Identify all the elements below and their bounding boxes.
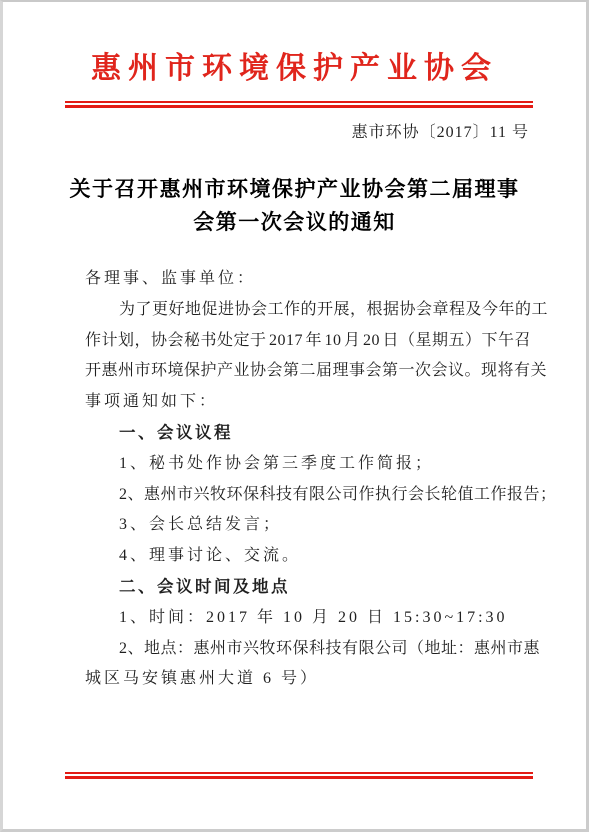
footer-double-rule (65, 772, 533, 779)
meeting-location-line: 2、地点：惠州市兴牧环保科技有限公司（地址：惠州市惠 (85, 634, 531, 665)
letterhead-double-rule (65, 101, 533, 108)
document-body: 各理事、监事单位： 为了更好地促进协会工作的开展，根据协会章程及今年的工 作计划… (85, 264, 531, 695)
document-title-line-1: 关于召开惠州市环境保护产业协会第二届理事 (31, 173, 558, 206)
section-heading-time-place: 二、会议时间及地点 (85, 572, 531, 603)
paragraph-line: 事项通知如下： (85, 387, 531, 418)
section-heading-agenda: 一、会议议程 (85, 418, 531, 449)
paragraph-line: 开惠州市环境保护产业协会第二届理事会第一次会议。现将有关 (85, 356, 531, 387)
letterhead-org-name: 惠州市环境保护产业协会 (3, 49, 586, 89)
document-title-line-2: 会第一次会议的通知 (31, 206, 558, 239)
salutation: 各理事、监事单位： (85, 264, 531, 295)
document-page: 惠州市环境保护产业协会 惠市环协〔2017〕11 号 关于召开惠州市环境保护产业… (0, 0, 589, 832)
document-title: 关于召开惠州市环境保护产业协会第二届理事 会第一次会议的通知 (31, 173, 558, 239)
meeting-time-line: 1、时间：2017 年 10 月 20 日 15:30~17:30 (85, 603, 531, 634)
meeting-location-line: 城区马安镇惠州大道 6 号） (85, 664, 531, 695)
paragraph-line: 作计划，协会秘书处定于 2017 年 10 月 20 日（星期五）下午召 (85, 326, 531, 357)
agenda-item: 3、会长总结发言； (85, 510, 531, 541)
paragraph-line: 为了更好地促进协会工作的开展，根据协会章程及今年的工 (85, 295, 531, 326)
agenda-item: 1、秘书处作协会第三季度工作简报； (85, 449, 531, 480)
agenda-item: 4、理事讨论、交流。 (85, 541, 531, 572)
document-number: 惠市环协〔2017〕11 号 (352, 122, 529, 144)
agenda-item: 2、惠州市兴牧环保科技有限公司作执行会长轮值工作报告； (85, 480, 531, 511)
